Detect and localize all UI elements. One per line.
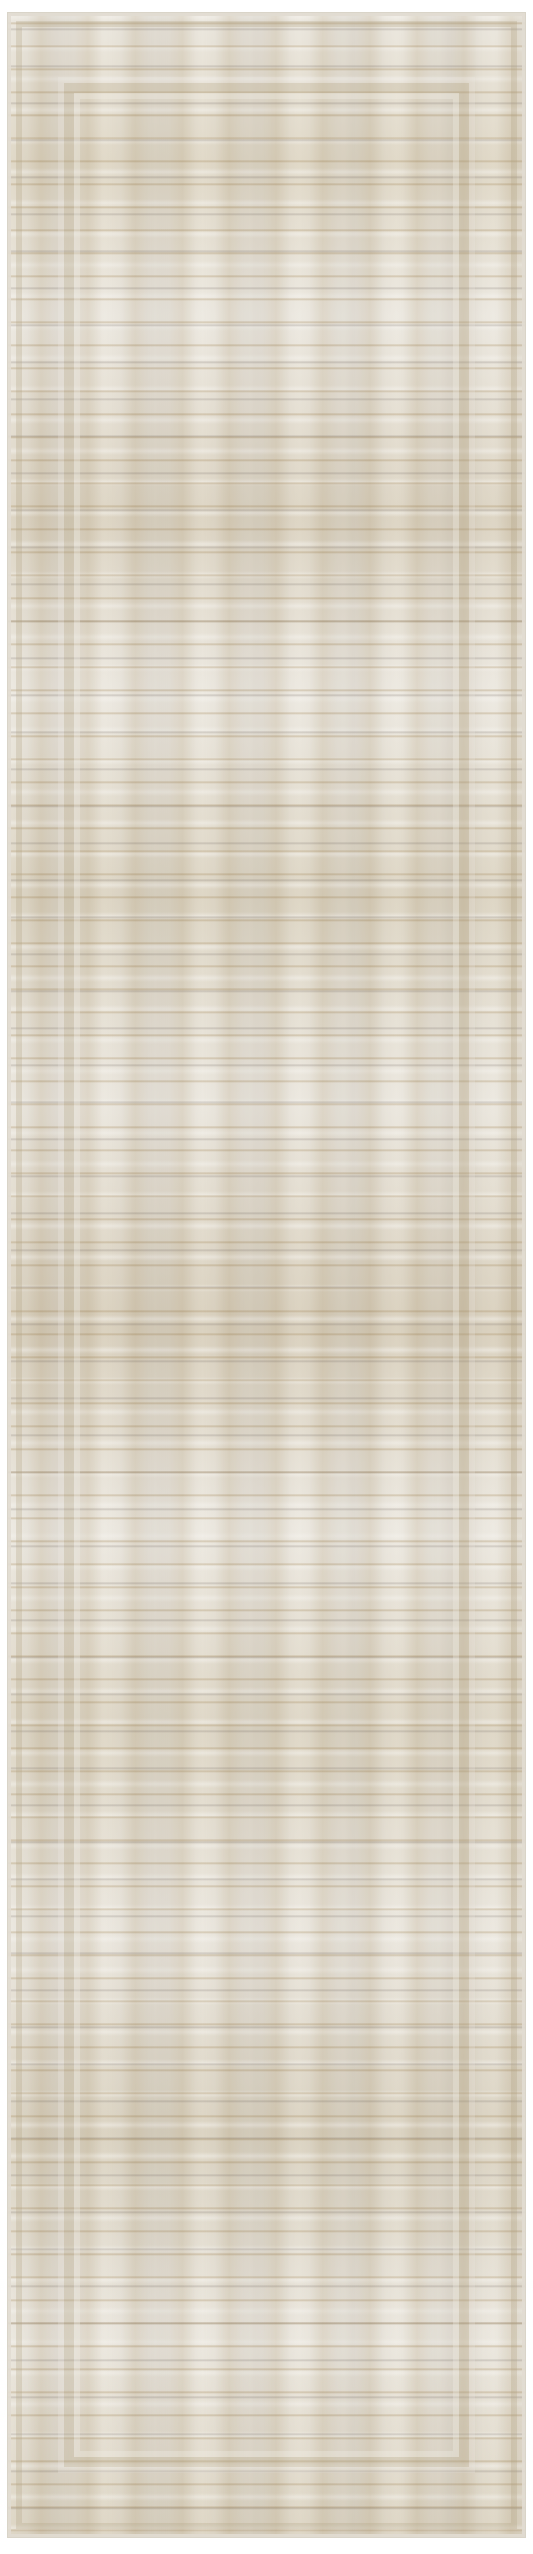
rug-binding-edge bbox=[8, 13, 525, 2537]
runner-rug bbox=[8, 13, 525, 2537]
